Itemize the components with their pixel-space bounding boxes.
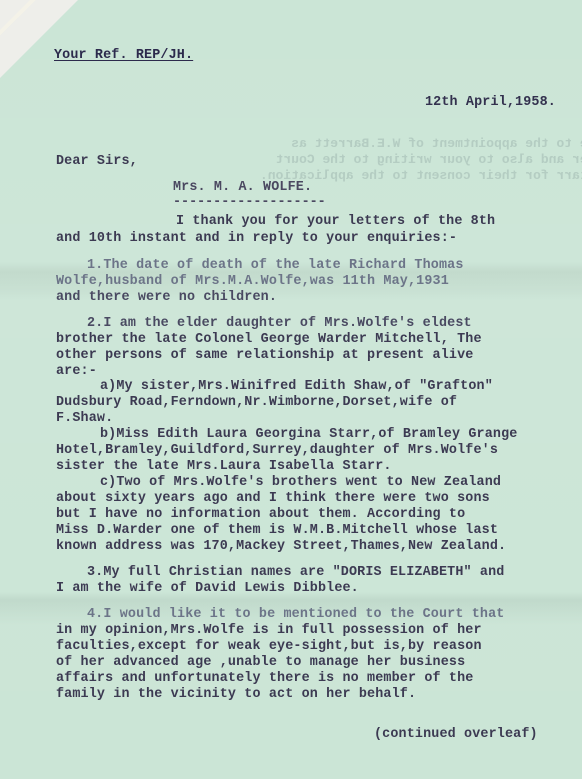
paragraph-2c-line: known address was 170,Mackey Street,Tham… bbox=[56, 538, 506, 555]
letter-page: I agree to the appointment of W.E.Barret… bbox=[0, 0, 582, 779]
paragraph-2c-line: about sixty years ago and I think there … bbox=[56, 490, 490, 507]
paragraph-1-line: 1.The date of death of the late Richard … bbox=[87, 257, 464, 274]
paragraph-4-line: affairs and unfortunately there is no me… bbox=[56, 670, 473, 687]
show-through-text: I agree to the appointment of W.E.Barret… bbox=[260, 136, 582, 184]
paragraph-2a-line: F.Shaw. bbox=[56, 410, 113, 427]
paragraph-3-line: 3.My full Christian names are "DORIS ELI… bbox=[87, 564, 504, 581]
reference-line: Your Ref. REP/JH. bbox=[54, 47, 193, 64]
subject-underline: ------------------- bbox=[173, 194, 326, 211]
paragraph-2c-line: but I have no information about them. Ac… bbox=[56, 506, 465, 523]
paragraph-1-line: and there were no children. bbox=[56, 289, 277, 306]
paragraph-1-line: Wolfe,husband of Mrs.M.A.Wolfe,was 11th … bbox=[56, 273, 449, 290]
paragraph-2b-line: Hotel,Bramley,Guildford,Surrey,daughter … bbox=[56, 442, 498, 459]
paragraph-4-line: in my opinion,Mrs.Wolfe is in full posse… bbox=[56, 622, 482, 639]
folded-corner bbox=[0, 0, 78, 78]
paragraph-2-line: other persons of same relationship at pr… bbox=[56, 347, 473, 364]
paragraph-2b-line: sister the late Mrs.Laura Isabella Starr… bbox=[56, 458, 392, 475]
intro-line: and 10th instant and in reply to your en… bbox=[56, 230, 457, 247]
letter-date: 12th April,1958. bbox=[425, 94, 556, 111]
paragraph-4-line: faculties,except for weak eye-sight,but … bbox=[56, 638, 482, 655]
paragraph-2c-line: c)Two of Mrs.Wolfe's brothers went to Ne… bbox=[100, 474, 501, 491]
paragraph-3-line: I am the wife of David Lewis Dibblee. bbox=[56, 580, 359, 597]
paragraph-2b-line: b)Miss Edith Laura Georgina Starr,of Bra… bbox=[100, 426, 517, 443]
paragraph-2-line: brother the late Colonel George Warder M… bbox=[56, 331, 482, 348]
paragraph-2-line: 2.I am the elder daughter of Mrs.Wolfe's… bbox=[87, 315, 472, 332]
paragraph-4-line: 4.I would like it to be mentioned to the… bbox=[87, 606, 504, 623]
paragraph-4-line: family in the vicinity to act on her beh… bbox=[56, 686, 416, 703]
paragraph-2a-line: Dudsbury Road,Ferndown,Nr.Wimborne,Dorse… bbox=[56, 394, 457, 411]
salutation: Dear Sirs, bbox=[56, 153, 138, 170]
paragraph-4-line: of her advanced age ,unable to manage he… bbox=[56, 654, 465, 671]
paragraph-2a-line: a)My sister,Mrs.Winifred Edith Shaw,of "… bbox=[100, 378, 493, 395]
paragraph-2-line: are:- bbox=[56, 363, 97, 380]
intro-line: I thank you for your letters of the 8th bbox=[176, 213, 495, 230]
continued-note: (continued overleaf) bbox=[374, 726, 538, 743]
paragraph-2c-line: Miss D.Warder one of them is W.M.B.Mitch… bbox=[56, 522, 498, 539]
